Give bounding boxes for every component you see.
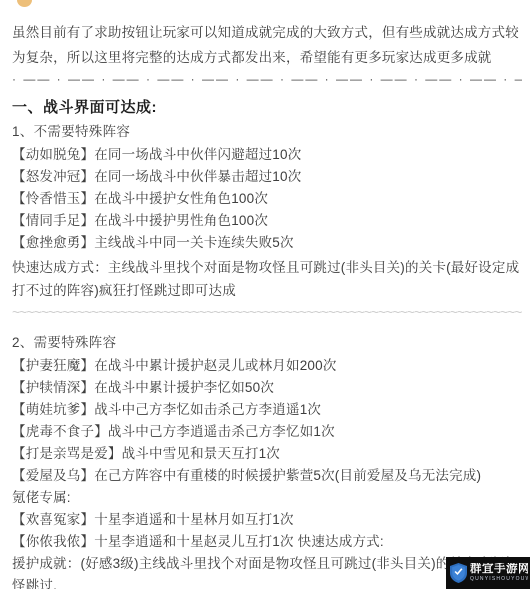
watermark-subtitle: QUNYISHOUYOUWANG <box>470 576 528 582</box>
achievement-line: 【怒发冲冠】在同一场战斗中伙伴暴击超过10次 <box>12 166 522 188</box>
watermark-title: 群宜手游网 <box>470 563 528 576</box>
wavy-divider: ~~~~~~~~~~~~~~~~~~~~~~~~~~~~~~~~~~~~~~~~… <box>12 306 522 320</box>
site-watermark: 群宜手游网 QUNYISHOUYOUWANG <box>446 557 530 589</box>
section2-subheading: 2、需要特殊阵容 <box>12 331 522 355</box>
achievement-line: 【爱屋及乌】在己方阵容中有重楼的时候援护紫萱5次(目前爱屋及乌无法完成) <box>12 465 522 487</box>
achievement-line: 【愈挫愈勇】主线战斗中同一关卡连续失败5次 <box>12 232 522 254</box>
achievement-line: 【萌娃坑爹】战斗中己方李忆如击杀己方李逍遥1次 <box>12 399 522 421</box>
article-content: 虽然目前有了求助按钮让玩家可以知道成就完成的大致方式，但有些成就达成方式较为复杂… <box>12 0 522 589</box>
achievement-line: 【打是亲骂是爱】战斗中雪见和景天互打1次 <box>12 443 522 465</box>
achievement-line: 【护犊情深】在战斗中累计援护李忆如50次 <box>12 377 522 399</box>
achievement-line: 【欢喜冤家】十星李逍遥和十星林月如互打1次 <box>12 509 522 531</box>
section1-quick-tip: 快速达成方式：主线战斗里找个对面是物攻怪且可跳过(非头目关)的关卡(最好设定成打… <box>12 256 522 302</box>
achievement-line: 【你侬我侬】十星李逍遥和十星赵灵儿互打1次 快速达成方式: <box>12 531 522 553</box>
achievement-line: 【动如脱兔】在同一场战斗中伙伴闪避超过10次 <box>12 144 522 166</box>
achievement-line: 【护妻狂魔】在战斗中累计援护赵灵儿或林月如200次 <box>12 355 522 377</box>
section1-heading: 一、战斗界面可达成: <box>12 96 522 120</box>
shield-logo-icon <box>450 563 467 583</box>
section1-subheading: 1、不需要特殊阵容 <box>12 120 522 144</box>
achievement-line: 【情同手足】在战斗中援护男性角色100次 <box>12 210 522 232</box>
article-page: 虽然目前有了求助按钮让玩家可以知道成就完成的大致方式，但有些成就达成方式较为复杂… <box>0 0 530 589</box>
dot-dash-divider: · —— · —— · —— · —— · —— · —— · —— · —— … <box>12 72 522 86</box>
intro-paragraph: 虽然目前有了求助按钮让玩家可以知道成就完成的大致方式，但有些成就达成方式较为复杂… <box>12 20 522 70</box>
watermark-text: 群宜手游网 QUNYISHOUYOUWANG <box>470 563 528 582</box>
achievement-line: 【虎毒不食子】战斗中己方李逍遥击杀己方李忆如1次 <box>12 421 522 443</box>
achievement-line: 【怜香惜玉】在战斗中援护女性角色100次 <box>12 188 522 210</box>
krypton-exclusive-label: 氪佬专属: <box>12 487 522 509</box>
